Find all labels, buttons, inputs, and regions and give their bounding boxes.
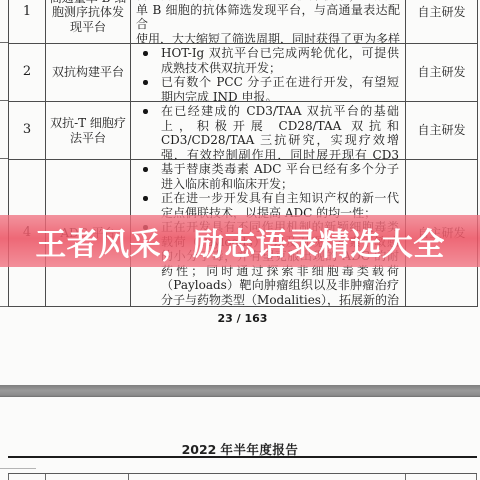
report-year: 2022 (182, 442, 217, 457)
report-page: 1 高通量单 B 细 胞测序抗体发 现平台 自主开发的高通量单 B 细胞测序技术… (0, 0, 480, 480)
platform-desc-cell: 自主开发的高通量单 B 细胞测序技术，建成了 单 B 细胞的抗体筛选发现平台，与… (131, 0, 406, 44)
desc-bullet-item: HOT-Ig 双抗平台已完成两轮优化，可提供成熟技术供双抗开发； (131, 46, 399, 75)
platform-name-cell: 双抗-T 细胞疗 法平台 (46, 102, 131, 160)
status-cell: 自主研发 (406, 102, 478, 160)
bullet-text: HOT-Ig 双抗平台已完成两轮优化，可提供成熟技术供双抗开发； (161, 46, 399, 75)
platform-name-line: 双抗构建平台 (52, 65, 124, 80)
page-separator-bar (0, 385, 480, 397)
scan-tick (0, 468, 36, 469)
bullet-icon (131, 46, 161, 75)
desc-bullet-item: 在已经建成的 CD3/TAA 双抗平台的基础上，积极开展 CD28/TAA 双抗… (131, 104, 399, 160)
status-cell: 自主研发 (406, 44, 478, 102)
platform-desc-cell: 在已经建成的 CD3/TAA 双抗平台的基础上，积极开展 CD28/TAA 双抗… (131, 102, 406, 160)
report-title: 年半年度报告 (220, 442, 298, 457)
desc-line: 使用，大大缩短了筛选周期，同时获得了更为多样 (136, 32, 400, 45)
scan-tick (0, 100, 8, 101)
promo-banner-text: 王者风采，励志语录精选大全 (35, 219, 445, 264)
next-page-table-stub (8, 473, 477, 480)
platform-name-line: 胞测序抗体发 (52, 5, 124, 20)
header-underline (8, 456, 477, 458)
bullet-text: 基于替康类毒素 ADC 平台已经有多个分子进入临床前和临床开发； (161, 162, 399, 191)
page-number: 23 / 163 (8, 312, 477, 325)
scan-tick (0, 306, 8, 307)
desc-bullet-item: 已有数个 PCC 分子正在进行开发，有望短期内完成 IND 申报。 (131, 75, 399, 102)
bullet-icon (131, 104, 161, 160)
platform-desc-cell: HOT-Ig 双抗平台已完成两轮优化，可提供成熟技术供双抗开发； 已有数个 PC… (131, 44, 406, 102)
platform-name-line: 法平台 (70, 131, 106, 146)
row-number-cell: 3 (9, 102, 46, 160)
bullet-icon (131, 75, 161, 102)
promo-banner: 王者风采，励志语录精选大全 (0, 215, 480, 267)
bullet-text: 已有数个 PCC 分子正在进行开发，有望短期内完成 IND 申报。 (161, 75, 399, 102)
scan-tick (0, 42, 8, 43)
platform-name-cell: 高通量单 B 细 胞测序抗体发 现平台 (46, 0, 131, 44)
platform-name-line: 现平台 (70, 20, 106, 35)
bullet-text: 在已经建成的 CD3/TAA 双抗平台的基础上，积极开展 CD28/TAA 双抗… (161, 104, 399, 160)
platform-name-cell: 双抗构建平台 (46, 44, 131, 102)
platform-name-line: 双抗-T 细胞疗 (50, 116, 126, 131)
row-number-cell: 1 (9, 0, 46, 44)
desc-line: 单 B 细胞的抗体筛选发现平台，与高通量表达配合 (136, 3, 400, 32)
desc-bullet-item: 基于替康类毒素 ADC 平台已经有多个分子进入临床前和临床开发； (131, 162, 399, 191)
bullet-icon (131, 162, 161, 191)
status-cell: 自主研发 (406, 0, 478, 44)
scan-tick (0, 158, 8, 159)
row-number-cell: 2 (9, 44, 46, 102)
